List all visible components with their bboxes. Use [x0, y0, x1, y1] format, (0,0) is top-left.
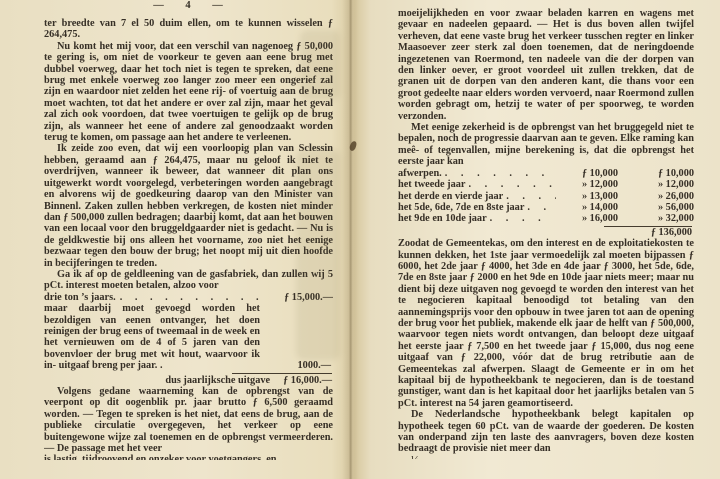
- dot-leader: . . . . . .: [465, 179, 556, 190]
- cumulative-amount: ƒ 10,000: [618, 168, 694, 179]
- paragraph-breedte: ter breedte van 7 el 50 duim ellen, om t…: [44, 18, 333, 41]
- clipped-bottom-line: is lastig, tijdroovend en onzeker voor v…: [44, 454, 333, 460]
- show-through-smudge: [300, 30, 340, 100]
- cumulative-amount: » 32,000: [618, 213, 694, 224]
- yearly-expense-total-line: dus jaarlijksche uitgave ƒ 16,000.—: [44, 375, 333, 386]
- gas-loan-label: drie ton ’s jaars.: [44, 292, 116, 303]
- row-label: het derde en vierde jaar: [398, 191, 503, 202]
- annual-amount: » 12,000: [556, 179, 618, 190]
- yearly-expense-total-label: dus jaarlijksche uitgave: [165, 375, 270, 386]
- paragraph-hypotheekbank: De Nederlandsche hypotheekbank belegt ka…: [398, 409, 694, 455]
- show-through-smudge: [296, 150, 340, 360]
- row-label: het 9de en 10de jaar: [398, 213, 487, 224]
- row-label: afwerpen.: [398, 168, 442, 179]
- maintenance-expense-amount: 1000.—: [298, 360, 331, 371]
- table-row: het 9de en 10de jaar . . . . » 16,000 » …: [398, 213, 694, 224]
- page-right: moeijelijkheden en voor zwaar beladen ka…: [350, 0, 720, 479]
- page-number-header: — 4 —: [44, 0, 333, 11]
- paragraph-voorkeur-dubbel-voerweg: Nu komt het mij voor, dat een verschil v…: [44, 41, 333, 144]
- row-label: het tweede jaar: [398, 179, 465, 190]
- annual-amount: ƒ 10,000: [556, 168, 618, 179]
- annual-amount: » 16,000: [556, 213, 618, 224]
- sum-rule: [232, 373, 332, 374]
- maintenance-expense-block: maar daarbij moet gevoegd worden het bez…: [44, 303, 333, 371]
- table-row: het tweede jaar . . . . . . » 12,000 » 1…: [398, 179, 694, 190]
- table-row: het derde en vierde jaar . . . . » 13,00…: [398, 191, 694, 202]
- dot-leader: . . . .: [503, 191, 556, 202]
- dot-leader: . .: [524, 202, 556, 213]
- paragraph-opbrengst-veerpont: Volgens gedane waarneming kan de opbreng…: [44, 386, 333, 454]
- paragraph-vaste-brug-verkeer: moeijelijkheden en voor zwaar beladen ka…: [398, 8, 694, 122]
- paragraph-plan-sclessin: Ik zeide zoo even, dat wij een voorloopi…: [44, 143, 333, 268]
- annual-amount: » 13,000: [556, 191, 618, 202]
- table-row: afwerpen. . . . . . . . . ƒ 10,000 ƒ 10,…: [398, 168, 694, 179]
- cumulative-amount: » 26,000: [618, 191, 694, 202]
- clipped-bottom-line: ¼: [398, 455, 694, 459]
- dot-leader: . . . . . . . . . .: [116, 292, 284, 303]
- cumulative-amount: » 56,000: [618, 202, 694, 213]
- cumulative-amount: » 12,000: [618, 179, 694, 190]
- dot-leader: . . . . . . . .: [442, 168, 556, 179]
- paragraph-opbrengst-bruggegeld: Met eenige zekerheid is de opbrengst van…: [398, 122, 694, 168]
- dot-leader: . . . .: [487, 213, 556, 224]
- annual-amount: » 14,000: [556, 202, 618, 213]
- paragraph-geldleening-gasfabriek: Ga ik af op de geldleening van de gasfab…: [44, 269, 333, 292]
- yearly-expense-total-amount: ƒ 16,000.—: [283, 375, 332, 386]
- right-text-column: moeijelijkheden en voor zwaar beladen ka…: [398, 0, 694, 479]
- gas-loan-amount-line: drie ton ’s jaars. . . . . . . . . . . ƒ…: [44, 292, 333, 303]
- row-label: het 5de, 6de, 7de en 8ste jaar: [398, 202, 524, 213]
- paragraph-gemeentekas-bijpassen: Zoodat de Gemeentekas, om den interest e…: [398, 238, 694, 409]
- left-text-column: — 4 — ter breedte van 7 el 50 duim ellen…: [44, 0, 333, 479]
- bridge-toll-revenue-table: afwerpen. . . . . . . . . ƒ 10,000 ƒ 10,…: [398, 168, 694, 238]
- book-spread: — 4 — ter breedte van 7 el 50 duim ellen…: [0, 0, 720, 479]
- table-row: het 5de, 6de, 7de en 8ste jaar . . » 14,…: [398, 202, 694, 213]
- maintenance-expense-text: maar daarbij moet gevoegd worden het bez…: [44, 303, 260, 371]
- table-total: ƒ 136,000: [398, 227, 694, 238]
